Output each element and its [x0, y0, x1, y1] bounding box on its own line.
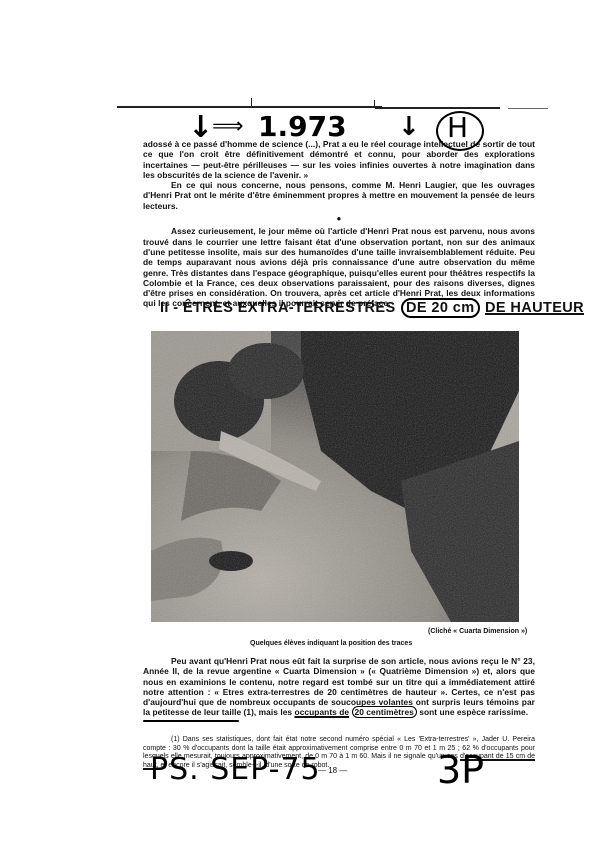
paragraph: En ce qui nous concerne, nous pensons, c…: [143, 180, 535, 211]
article-photo: [151, 331, 519, 622]
photo-image: [151, 331, 519, 622]
top-rule: [117, 106, 382, 108]
paragraph-text-end: sont une espèce rarissime.: [417, 707, 528, 717]
rule-tick: [251, 98, 252, 107]
rule-tick: [374, 100, 375, 108]
separator-bullet: ●: [143, 214, 535, 224]
circled-phrase: 20 centimètres: [352, 706, 417, 718]
paragraph: Assez curieusement, le jour même où l'ar…: [143, 226, 535, 308]
handwritten-arrow-right: ⟹: [212, 114, 244, 139]
article-body-bottom: Peu avant qu'Henri Prat nous eût fait la…: [143, 656, 535, 718]
heading-suffix: DE HAUTEUR: [485, 300, 584, 316]
top-rule-dash: [508, 108, 548, 109]
handwritten-source-note: PS. SEP-75: [150, 752, 321, 787]
article-body-top: adossé à ce passé d'homme de science (..…: [143, 139, 535, 309]
photo-caption: Quelques élèves indiquant la position de…: [250, 640, 412, 647]
handwritten-page-count: 3P: [437, 748, 484, 792]
heading-prefix: II - ÊTRES EXTRA-TERRESTRES: [160, 300, 396, 316]
page-number: — 18 —: [318, 766, 347, 775]
top-rule-right: [375, 107, 500, 109]
photo-credit: (Cliché « Cuarta Dimension »): [428, 628, 527, 635]
underlined-phrase: occupants de: [295, 707, 350, 717]
paragraph: Peu avant qu'Henri Prat nous eût fait la…: [143, 656, 535, 718]
handwritten-arrow-down: ↓: [398, 112, 420, 142]
paragraph: adossé à ce passé d'homme de science (..…: [143, 139, 535, 180]
handwritten-underline: [143, 720, 239, 722]
section-heading: II - ÊTRES EXTRA-TERRESTRES DE 20 cm DE …: [160, 300, 584, 316]
heading-circled: DE 20 cm: [401, 298, 480, 318]
